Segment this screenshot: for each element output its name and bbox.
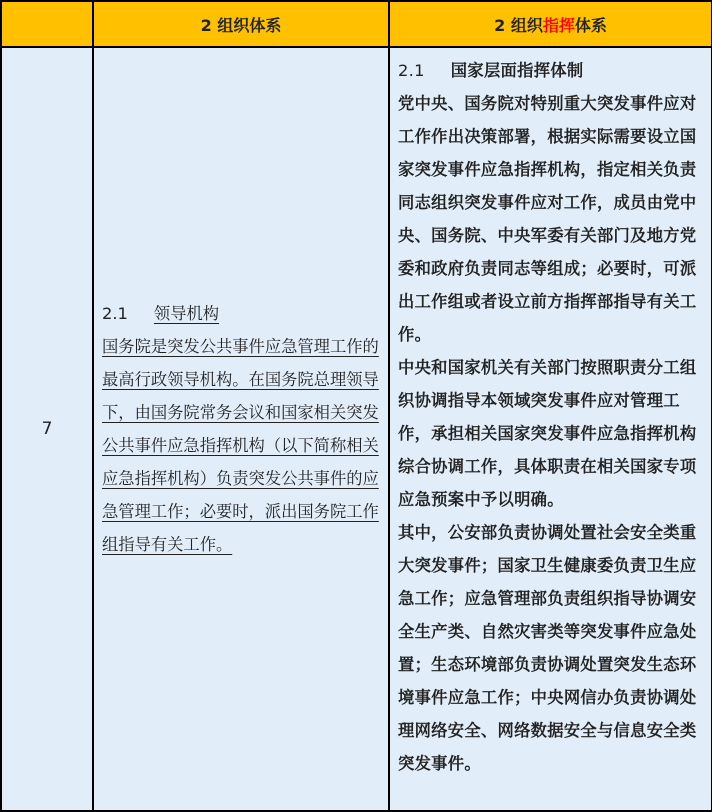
header-new-prefix: 2 组织 [494,16,543,35]
row-number: 7 [1,47,93,808]
header-cell-old: 2 组织体系 [93,1,389,47]
new-section-number: 2.1 [398,61,425,80]
new-paragraph-1: 党中央、国务院对特别重大突发事件应对工作作出决策部署，根据实际需要设立国家突发事… [398,87,703,351]
old-section-number: 2.1 [102,304,128,323]
header-cell-index [1,1,93,47]
new-paragraph-2: 中央和国家机关有关部门按照职责分工组织协调指导本领域突发事件应对管理工作，承担相… [398,351,703,516]
old-section-title: 领导机构 [154,304,219,323]
old-text-cell: 2.1领导机构 国务院是突发公共事件应急管理工作的最高行政领导机构。在国务院总理… [93,47,389,808]
new-text-cell: 2.1国家层面指挥体制 党中央、国务院对特别重大突发事件应对工作作出决策部署，根… [389,47,712,808]
header-new-suffix: 体系 [575,16,607,35]
header-cell-new: 2 组织指挥体系 [389,1,712,47]
header-new-highlight: 指挥 [543,16,575,35]
new-section-heading: 2.1国家层面指挥体制 [398,54,703,87]
header-row: 2 组织体系 2 组织指挥体系 [1,1,712,47]
table-row: 7 2.1领导机构 国务院是突发公共事件应急管理工作的最高行政领导机构。在国务院… [1,47,712,808]
new-section-title: 国家层面指挥体制 [451,61,584,80]
old-section-body: 国务院是突发公共事件应急管理工作的最高行政领导机构。在国务院总理领导下，由国务院… [102,330,382,561]
new-paragraph-3: 其中，公安部负责协调处置社会安全类重大突发事件；国家卫生健康委负责卫生应急工作；… [398,516,703,780]
comparison-table: 2 组织体系 2 组织指挥体系 7 2.1领导机构 国务院是突发公共事件应急管理… [0,0,712,808]
old-section-heading: 2.1领导机构 [102,297,382,330]
